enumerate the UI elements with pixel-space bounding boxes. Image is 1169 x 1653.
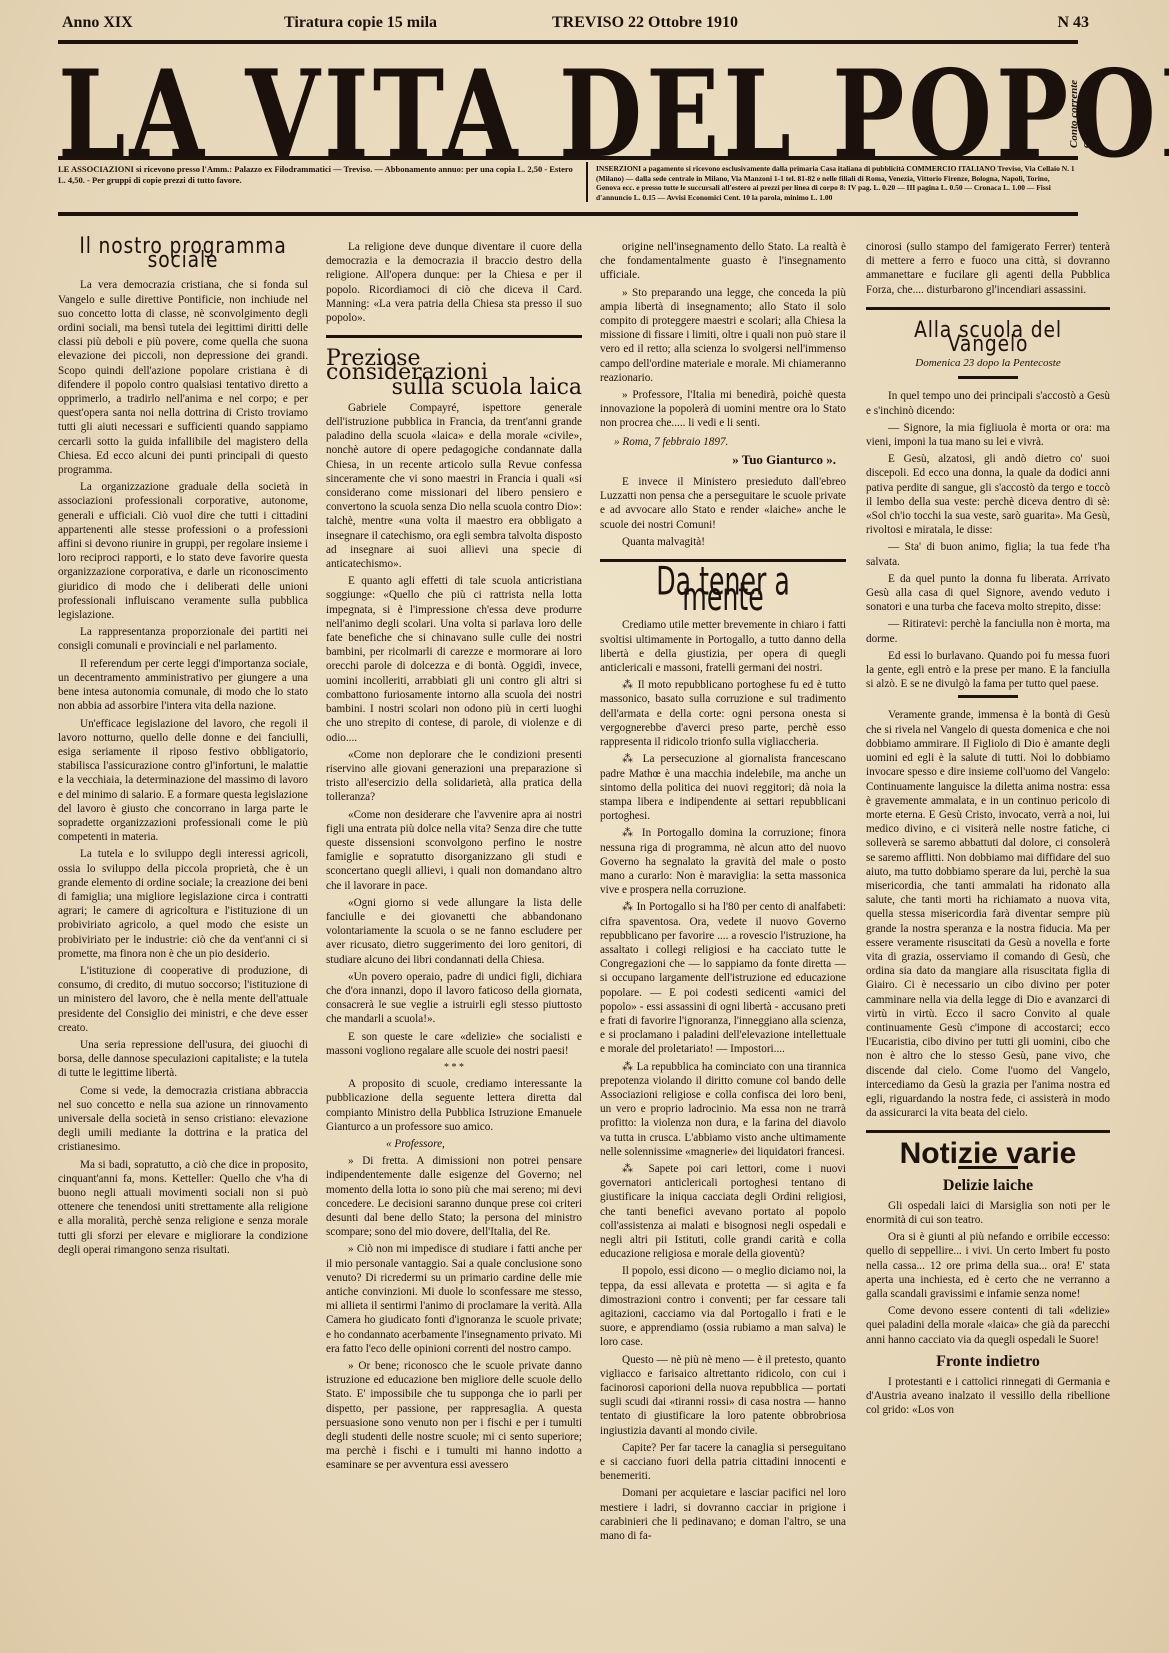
- section-rule: [326, 335, 582, 338]
- letter-salutation: « Professore,: [326, 1137, 582, 1151]
- letter-signature: » Tuo Gianturco ».: [600, 453, 836, 467]
- news-item-title: Delizie laiche: [866, 1179, 1110, 1193]
- column-scuola-laica: La religione deve dunque diventare il cu…: [326, 240, 582, 1476]
- reflection-text: Veramente grande, immensa è la bontà di …: [866, 708, 1110, 1120]
- paragraph: » Professore, l'Italia mi benedirà, poic…: [600, 388, 846, 431]
- article-body: Crediamo utile metter brevemente in chia…: [600, 618, 846, 1543]
- paragraph: Domani per acquietare e lasciar pacifici…: [600, 1486, 846, 1543]
- separator-rule: [958, 695, 1018, 698]
- paragraph: Questo — nè più nè meno — è il pretesto,…: [600, 1353, 846, 1438]
- paragraph: ⁂ Sapete poi cari lettori, come i nuovi …: [600, 1162, 846, 1261]
- paragraph: Il popolo, essi dicono — o meglio diciam…: [600, 1264, 846, 1349]
- paragraph: La organizzazione graduale della società…: [58, 480, 308, 622]
- paragraph: ⁂ In Portogallo si ha l'80 per cento di …: [600, 900, 846, 1056]
- paragraph: La vera democrazia cristiana, che si fon…: [58, 278, 308, 477]
- paragraph: La tutela e lo sviluppo degli interessi …: [58, 847, 308, 961]
- column-programma-sociale: Il nostro programma sociale La vera demo…: [58, 240, 308, 1260]
- continuation-text: cinorosi (sullo stampo del famigerato Fe…: [866, 240, 1110, 297]
- date-label: TREVISO 22 Ottobre 1910: [552, 14, 738, 32]
- paragraph: Ma si badi, sopratutto, a ciò che dice i…: [58, 1158, 308, 1257]
- insertions-info: INSERZIONI a pagamento si ricevono esclu…: [596, 164, 1076, 202]
- paragraph: — Sta' di buon animo, figlia; la tua fed…: [866, 540, 1110, 568]
- paragraph: ⁂ La persecuzione al giornalista frances…: [600, 752, 846, 823]
- paragraph: L'istituzione di cooperative di produzio…: [58, 964, 308, 1035]
- paragraph: origine nell'insegnamento dello Stato. L…: [600, 240, 846, 283]
- news-item-paragraph: Gli ospedali laici di Marsiglia son noti…: [866, 1199, 1110, 1227]
- article-subtitle: Domenica 23 dopo la Pentecoste: [866, 356, 1110, 370]
- info-rule: [58, 212, 1078, 216]
- article-title: Il nostro programma sociale: [77, 240, 290, 268]
- article-body: Gabriele Compayré, ispettore generale de…: [326, 401, 582, 1058]
- paragraph: Ed essi lo burlavano. Quando poi fu mess…: [866, 649, 1110, 692]
- info-divider: [586, 162, 588, 202]
- paragraph: La rappresentanza proporzionale dei part…: [58, 625, 308, 653]
- paragraph: Gabriele Compayré, ispettore generale de…: [326, 401, 582, 571]
- paragraph: Quanta malvagità!: [600, 535, 846, 549]
- news-title: Notizie varie: [866, 1147, 1110, 1161]
- paragraph: «Ogni giorno si vede allungare la lista …: [326, 896, 582, 967]
- news-item-paragraph: I protestanti e i cattolici rinnegati di…: [866, 1375, 1110, 1418]
- gospel-text: In quel tempo uno dei principali s'accos…: [866, 389, 1110, 691]
- letter-intro: A proposito di scuole, crediamo interess…: [326, 1077, 582, 1134]
- paragraph: «Un povero operaio, padre di undici figl…: [326, 970, 582, 1027]
- news-list: Delizie laicheGli ospedali laici di Mars…: [866, 1179, 1110, 1418]
- article-title: Alla scuola del Vangelo: [884, 324, 1091, 352]
- masthead-rule: [58, 156, 1078, 160]
- separator-stars: * * *: [326, 1061, 582, 1075]
- paragraph: «Come non deplorare che le condizioni pr…: [326, 748, 582, 805]
- circulation-label: Tiratura copie 15 mila: [284, 14, 437, 32]
- news-item-title: Fronte indietro: [866, 1355, 1110, 1369]
- postal-note: Conto corrente colla Posta: [1068, 68, 1098, 148]
- news-item-paragraph: Come devono essere contenti di tali «del…: [866, 1304, 1110, 1347]
- paragraph: E da quel punto la donna fu liberata. Ar…: [866, 572, 1110, 615]
- paragraph: E Gesù, alzatosi, gli andò dietro co' su…: [866, 452, 1110, 537]
- paragraph: E son queste le care «delizie» che socia…: [326, 1030, 582, 1058]
- news-item-paragraph: Ora si è giunti al più nefando e orribil…: [866, 1230, 1110, 1301]
- after-letter: E invece il Ministero presieduto dall'eb…: [600, 475, 846, 549]
- issue-number: N 43: [1057, 14, 1089, 32]
- column-vangelo-notizie: cinorosi (sullo stampo del famigerato Fe…: [866, 240, 1110, 1421]
- article-intro: La religione deve dunque diventare il cu…: [326, 240, 582, 325]
- paragraph: Una seria repressione dell'usura, dei gi…: [58, 1038, 308, 1081]
- paragraph: Crediamo utile metter brevemente in chia…: [600, 618, 846, 675]
- paragraph: ⁂ In Portogallo domina la corruzione; fi…: [600, 826, 846, 897]
- letter-continuation: origine nell'insegnamento dello Stato. L…: [600, 240, 846, 431]
- article-body: La vera democrazia cristiana, che si fon…: [58, 278, 308, 1257]
- newspaper-page: Anno XIX Tiratura copie 15 mila TREVISO …: [0, 0, 1169, 1653]
- letter-body: » Di fretta. A dimissioni non potrei pen…: [326, 1154, 582, 1472]
- title-underline: [958, 376, 1018, 379]
- paragraph: Capite? Per far tacere la canaglia si pe…: [600, 1441, 846, 1484]
- section-rule: [866, 1130, 1110, 1133]
- section-rule: [866, 307, 1110, 310]
- paragraph: In quel tempo uno dei principali s'accos…: [866, 389, 1110, 417]
- paragraph: — Ritiratevi: perchè la fanciulla non è …: [866, 617, 1110, 645]
- subscriptions-info: LE ASSOCIAZIONI si ricevono presso l'Amm…: [58, 164, 578, 186]
- header-topline: Anno XIX Tiratura copie 15 mila TREVISO …: [62, 14, 1089, 38]
- article-title: Da tener a mente: [637, 575, 809, 606]
- paragraph: » Ciò non mi impedisce di studiare i fat…: [326, 1242, 582, 1356]
- paragraph: Il referendum per certe leggi d'importan…: [58, 657, 308, 714]
- paragraph: E invece il Ministero presieduto dall'eb…: [600, 475, 846, 532]
- year-label: Anno XIX: [62, 14, 133, 32]
- paragraph: » Di fretta. A dimissioni non potrei pen…: [326, 1154, 582, 1239]
- paragraph: Come si vede, la democrazia cristiana ab…: [58, 1084, 308, 1155]
- paragraph: «Come non desiderare che l'avvenire apra…: [326, 808, 582, 893]
- paragraph: » Or bene; riconosco che le scuole priva…: [326, 1359, 582, 1473]
- paragraph: — Signore, la mia figliuola è morta or o…: [866, 421, 1110, 449]
- paragraph: E quanto agli effetti di tale scuola ant…: [326, 574, 582, 744]
- paragraph: ⁂ Il moto repubblicano portoghese fu ed …: [600, 678, 846, 749]
- paragraph: Un'efficace legislazione del lavoro, che…: [58, 717, 308, 845]
- paragraph: » Sto preparando una legge, che conceda …: [600, 286, 846, 385]
- column-da-tener-a-mente: origine nell'insegnamento dello Stato. L…: [600, 240, 846, 1546]
- letter-dateline: » Roma, 7 febbraio 1897.: [614, 435, 846, 449]
- paragraph: ⁂ La repubblica ha cominciato con una ti…: [600, 1060, 846, 1159]
